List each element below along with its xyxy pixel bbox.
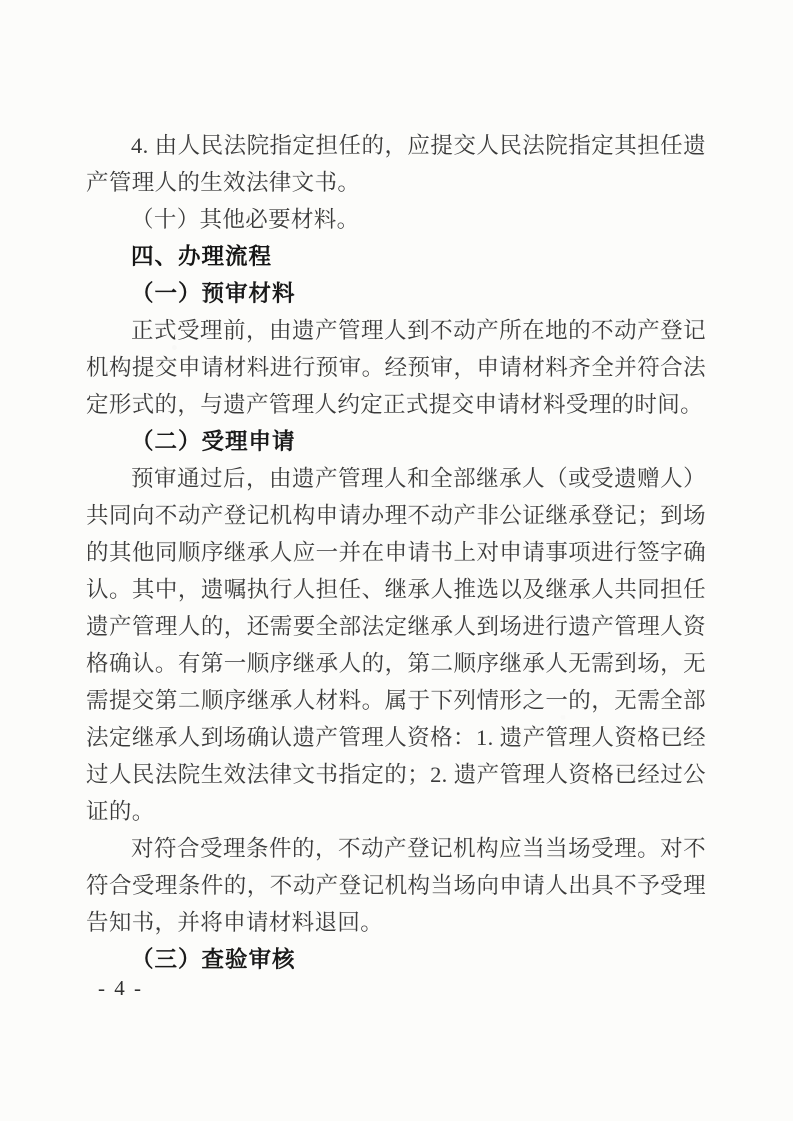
- document-page: 4. 由人民法院指定担任的，应提交人民法院指定其担任遗产管理人的生效法律文书。 …: [0, 0, 793, 1121]
- document-body: 4. 由人民法院指定担任的，应提交人民法院指定其担任遗产管理人的生效法律文书。 …: [86, 127, 706, 978]
- subheading-verification-review: （三）查验审核: [86, 941, 706, 978]
- subheading-preliminary-review-materials: （一）预审材料: [86, 275, 706, 312]
- paragraph-acceptance-decision: 对符合受理条件的，不动产登记机构应当当场受理。对不符合受理条件的，不动产登记机构…: [86, 830, 706, 941]
- subheading-accepting-application: （二）受理申请: [86, 423, 706, 460]
- page-number: - 4 -: [98, 974, 143, 1002]
- list-item-ten-other-materials: （十）其他必要材料。: [86, 201, 706, 238]
- paragraph-preliminary-review-process: 正式受理前，由遗产管理人到不动产所在地的不动产登记机构提交申请材料进行预审。经预…: [86, 312, 706, 423]
- paragraph-court-designated-manager: 4. 由人民法院指定担任的，应提交人民法院指定其担任遗产管理人的生效法律文书。: [86, 127, 706, 201]
- section-heading-processing-flow: 四、办理流程: [86, 238, 706, 275]
- paragraph-application-acceptance-details: 预审通过后，由遗产管理人和全部继承人（或受遗赠人）共同向不动产登记机构申请办理不…: [86, 460, 706, 830]
